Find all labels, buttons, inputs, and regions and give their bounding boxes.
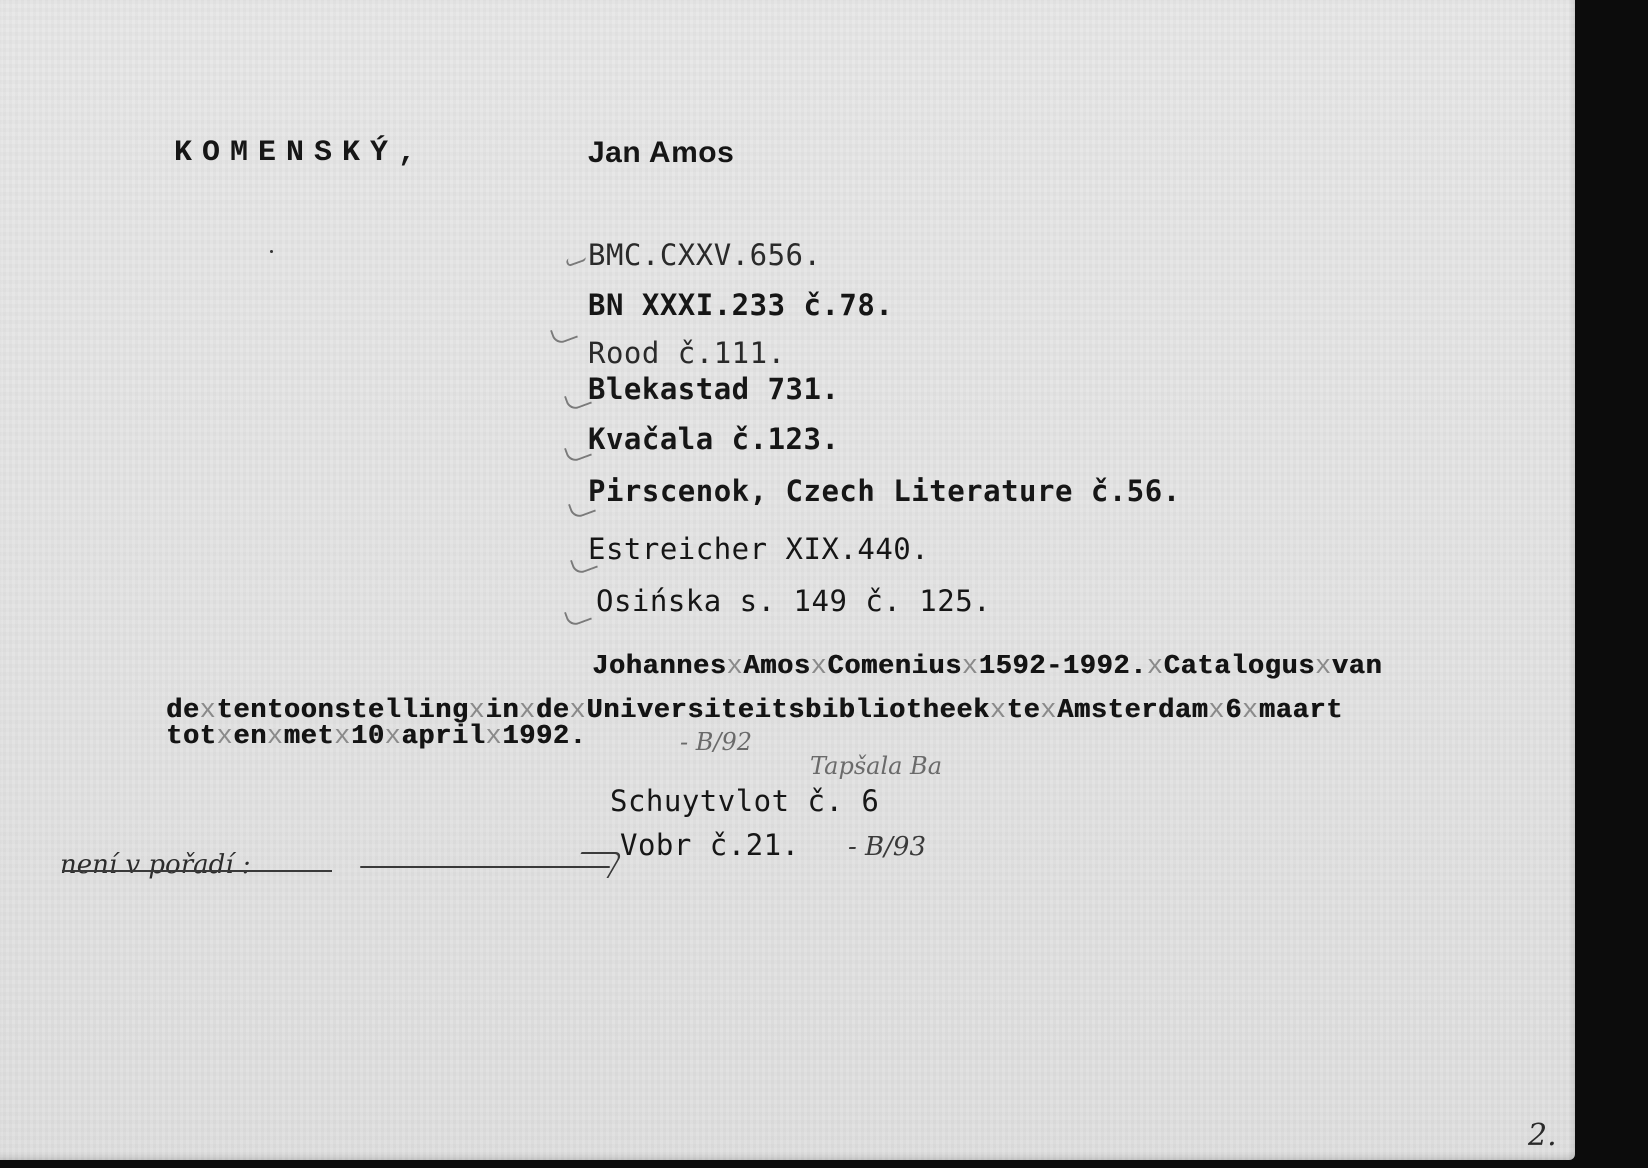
check-mark-icon — [568, 496, 596, 519]
reference-schuytvlot: Schuytvlot č. 6 — [610, 784, 879, 818]
reference-osinska: Osińska s. 149 č. 125. — [596, 584, 991, 618]
reference-estreicher: Estreicher XIX.440. — [588, 532, 929, 566]
ink-dot — [270, 250, 273, 253]
card-sequence-number: 2. — [1528, 1118, 1557, 1153]
reference-rood: Rood č.111. — [588, 336, 786, 370]
reference-vobr: Vobr č.21. — [620, 828, 800, 862]
check-mark-icon — [564, 604, 592, 627]
handwritten-note: Tapšala Ba — [810, 752, 942, 780]
reference-kvacala: Kvačala č.123. — [588, 422, 839, 456]
scanned-card-image: KOMENSKÝ, Jan Amos BMC.CXXV.656. BN XXXI… — [0, 0, 1648, 1168]
check-mark-icon — [570, 552, 598, 575]
reference-bn: BN XXXI.233 č.78. — [588, 288, 893, 322]
catalog-card: KOMENSKÝ, Jan Amos BMC.CXXV.656. BN XXXI… — [0, 0, 1575, 1160]
check-mark-icon — [564, 388, 592, 411]
reference-pirscenok: Pirscenok, Czech Literature č.56. — [588, 474, 1181, 508]
catalogue-entry-line-1: JohannesxAmosxComeniusx1592-1992.xCatalo… — [592, 652, 1382, 682]
handwritten-shelf-mark: - B/93 — [848, 832, 926, 862]
handwritten-shelf-mark: - B/92 — [680, 728, 752, 756]
author-surname: KOMENSKÝ, — [174, 136, 426, 170]
catalogue-entry-line-3: totxenxmetx10xaprilx1992. — [166, 722, 586, 752]
reference-blekastad: Blekastad 731. — [588, 372, 839, 406]
underline-stroke — [62, 870, 332, 872]
check-mark-icon — [565, 253, 587, 267]
check-mark-icon — [550, 322, 578, 345]
handwritten-note-not-in-order: není v pořadí : — [60, 850, 251, 880]
check-mark-icon — [564, 440, 592, 463]
reference-bmc: BMC.CXXV.656. — [588, 238, 821, 272]
arrow-head-icon — [566, 852, 623, 878]
author-forename: Jan Amos — [588, 136, 734, 170]
